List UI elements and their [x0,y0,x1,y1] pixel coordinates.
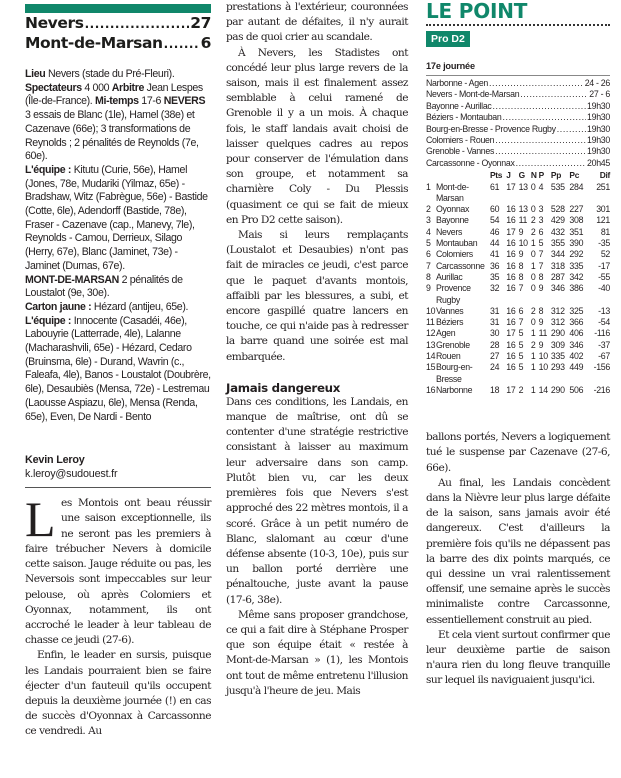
halftime-label: Mi-temps [95,95,139,107]
standings-cell-pts: 18 [490,385,506,396]
standings-cell-n: 1 [531,385,539,396]
standings-cell-j: 16 [506,272,518,283]
standings-cell-pts: 41 [490,249,506,260]
fixture-result: 19h30 [587,146,610,157]
standings-row: 14Rouen27165110335402-67 [426,351,610,362]
standings-row: 5Montauban44161015355390-35 [426,238,610,249]
standings-cell-g: 9 [519,249,531,260]
standings-table: Pts J G N P Pp Pc Dif 1Mont-de-Marsan611… [426,170,610,396]
standings-cell-j: 17 [506,328,518,339]
standings-cell-n: 0 [531,317,539,328]
match-details: Lieu Nevers (stade du Pré-Fleuri). Spect… [25,68,211,424]
standings-cell-dif: -37 [588,340,610,351]
standings-cell-team: Grenoble [436,340,490,351]
scoreboard: Nevers 27 Mont-de-Marsan 6 [25,14,211,54]
standings-cell-pts: 61 [490,182,506,205]
standings-cell-team: Mont-de-Marsan [436,182,490,205]
fixture-result: 27 - 6 [589,89,610,100]
standings-cell-dif: -13 [588,306,610,317]
standings-cell-j: 16 [506,317,518,328]
standings-cell-dif: -116 [588,328,610,339]
standings-cell-p: 9 [539,317,551,328]
standings-cell-j: 16 [506,204,518,215]
standings-row: 11Béziers3116709312366-54 [426,317,610,328]
fixture-teams: Bayonne - Aurillac [426,101,492,112]
standings-cell-team: Bayonne [436,215,490,226]
standings-cell-n: 0 [531,283,539,306]
standings-cell-pc: 390 [569,238,587,249]
fixture-row: Bourg-en-Bresse - Provence Rugby19h30 [426,124,610,135]
fixture-teams: Carcassonne - Oyonnax [426,158,515,169]
drop-cap: L [25,499,55,541]
fixture-teams: Nevers - Mont-de-Marsan [426,89,519,100]
home-lineup: Kitutu (Curie, 56e), Hamel (Jones, 78e, … [25,164,208,272]
col-j: J [506,170,518,181]
referee-label: Arbitre [112,82,144,94]
byline: Kevin Leroy k.leroy@sudouest.fr [25,454,211,488]
venue-value: Nevers (stade du Pré-Fleuri). [48,68,174,80]
round-heading: 17e journée [426,61,610,72]
standings-cell-pc: 342 [569,272,587,283]
away-lineup-label: L'équipe : [25,315,71,327]
standings-cell-n: 0 [531,272,539,283]
standings-cell-p: 6 [539,227,551,238]
fixture-result: 19h30 [587,135,610,146]
yellow-card-label: Carton jaune : [25,301,91,313]
fixture-row: Colomiers - Rouen19h30 [426,135,610,146]
standings-cell-pc: 366 [569,317,587,328]
col-pc: Pc [569,170,587,181]
article-subheading: Jamais dangereux [226,381,408,395]
standings-cell-p: 11 [539,328,551,339]
standings-cell-n: 1 [531,261,539,272]
accent-bar [25,4,211,13]
standings-cell-pp: 344 [551,249,569,260]
standings-cell-g: 5 [519,340,531,351]
standings-cell-rank: 5 [426,238,436,249]
standings-cell-g: 5 [519,362,531,385]
standings-cell-pp: 309 [551,340,569,351]
standings-row: 6Colomiers411690734429252 [426,249,610,260]
article-paragraph: À Nevers, les Stadistes ont concédé leur… [226,46,408,228]
standings-cell-dif: -54 [588,317,610,328]
standings-row: 3Bayonne54161123429308121 [426,215,610,226]
fixture-row: Béziers - Montauban19h30 [426,112,610,123]
standings-row: 8Aurillac3516808287342-55 [426,272,610,283]
standings-cell-p: 7 [539,249,551,260]
standings-cell-g: 13 [519,182,531,205]
standings-cell-p: 8 [539,272,551,283]
col-dif: Dif [588,170,610,181]
standings-cell-dif: -67 [588,351,610,362]
standings-row: 1Mont-de-Marsan61171304535284251 [426,182,610,205]
dot-leader [164,35,200,54]
standings-cell-team: Aurillac [436,272,490,283]
standings-cell-pc: 506 [569,385,587,396]
standings-cell-g: 2 [519,385,531,396]
standings-cell-g: 10 [519,238,531,249]
standings-cell-rank: 10 [426,306,436,317]
standings-cell-n: 1 [531,351,539,362]
score-away: Mont-de-Marsan 6 [25,34,211,54]
fixture-teams: Béziers - Montauban [426,112,501,123]
dot-leader [85,15,190,34]
standings-cell-g: 5 [519,351,531,362]
standings-cell-team: Bourg-en-Bresse [436,362,490,385]
col-pp: Pp [551,170,569,181]
standings-cell-dif: 81 [588,227,610,238]
standings-cell-pc: 351 [569,227,587,238]
score-home: Nevers 27 [25,14,211,34]
standings-cell-pc: 284 [569,182,587,205]
standings-cell-pc: 449 [569,362,587,385]
standings-cell-g: 7 [519,283,531,306]
home-lineup-line: L'équipe : Kitutu (Curie, 56e), Hamel (J… [25,164,211,274]
standings-cell-pp: 290 [551,385,569,396]
away-lineup: Innocente (Casadéi, 46e), Labouyrie (Lat… [25,315,211,423]
standings-cell-p: 5 [539,238,551,249]
standings-cell-n: 2 [531,340,539,351]
dot-leader [557,124,586,135]
standings-row: 13Grenoble2816529309346-37 [426,340,610,351]
standings-cell-pts: 24 [490,362,506,385]
home-team-name: Nevers [25,14,84,33]
standings-row: 16Narbonne18172114290506-216 [426,385,610,396]
col-pts: Pts [490,170,506,181]
standings-cell-rank: 2 [426,204,436,215]
author-email[interactable]: k.leroy@sudouest.fr [25,468,211,482]
spectators-label: Spectateurs [25,82,82,94]
standings-cell-n: 2 [531,227,539,238]
standings-cell-pp: 335 [551,351,569,362]
le-point-column: LE POINT Pro D2 17e journée Narbonne - A… [426,0,610,689]
col-g: G [519,170,531,181]
standings-cell-dif: -40 [588,283,610,306]
standings-cell-dif: 251 [588,182,610,205]
standings-cell-g: 8 [519,261,531,272]
standings-cell-rank: 7 [426,261,436,272]
fixture-teams: Colomiers - Rouen [426,135,494,146]
away-team-label: MONT-DE-MARSAN [25,274,119,286]
standings-cell-j: 16 [506,306,518,317]
standings-cell-j: 17 [506,182,518,205]
standings-cell-g: 13 [519,204,531,215]
standings-header: Pts J G N P Pp Pc Dif [426,170,610,181]
standings-cell-team: Provence Rugby [436,283,490,306]
standings-cell-team: Narbonne [436,385,490,396]
article-paragraph: Et cela vient surtout confirmer que leur… [426,628,610,689]
dot-leader [489,78,584,89]
fixture-result: 24 - 26 [585,78,610,89]
standings-cell-pts: 46 [490,227,506,238]
dot-leader [502,112,586,123]
standings-cell-dif: -55 [588,272,610,283]
fixture-row: Nevers - Mont-de-Marsan27 - 6 [426,89,610,100]
standings-cell-team: Montauban [436,238,490,249]
standings-cell-n: 0 [531,249,539,260]
home-scoring: 3 essais de Blanc (1le), Hamel (38e) et … [25,109,199,162]
standings-cell-j: 16 [506,261,518,272]
standings-cell-dif: -35 [588,238,610,249]
divider [426,75,610,76]
standings-cell-rank: 9 [426,283,436,306]
standings-cell-pts: 31 [490,306,506,317]
halftime-value: 17-6 [141,95,161,107]
standings-cell-pp: 535 [551,182,569,205]
standings-cell-j: 16 [506,238,518,249]
standings-cell-pc: 346 [569,340,587,351]
standings-cell-pts: 44 [490,238,506,249]
standings-cell-pp: 318 [551,261,569,272]
fixture-teams: Grenoble - Vannes [426,146,494,157]
standings-cell-p: 9 [539,340,551,351]
fixture-row: Narbonne - Agen24 - 26 [426,78,610,89]
le-point-title: LE POINT [426,2,610,21]
article-paragraph: Au final, les Landais concèdent dans la … [426,476,610,628]
standings-cell-rank: 15 [426,362,436,385]
standings-cell-team: Béziers [436,317,490,328]
standings-cell-pc: 308 [569,215,587,226]
fixture-row: Bayonne - Aurillac19h30 [426,101,610,112]
standings-cell-dif: 121 [588,215,610,226]
standings-cell-j: 16 [506,340,518,351]
article-lead: L es Montois ont beau réussir une saison… [25,496,211,739]
standings-cell-rank: 3 [426,215,436,226]
standings-cell-rank: 12 [426,328,436,339]
home-team-score: 27 [190,14,211,33]
venue-line: Lieu Nevers (stade du Pré-Fleuri). [25,68,211,82]
standings-cell-team: Rouen [436,351,490,362]
yellow-card-value: Hézard (antijeu, 65e). [94,301,188,313]
away-scoring-line: MONT-DE-MARSAN 2 pénalités de Loustalot … [25,274,211,301]
col-n: N [531,170,539,181]
dot-leader [495,146,586,157]
standings-cell-rank: 8 [426,272,436,283]
standings-cell-pp: 355 [551,238,569,249]
standings-cell-g: 7 [519,317,531,328]
away-team-name: Mont-de-Marsan [25,34,163,53]
article-paragraph: Dans ces conditions, les Landais, en man… [226,395,408,608]
yellow-card-line: Carton jaune : Hézard (antijeu, 65e). [25,301,211,315]
standings-cell-pts: 54 [490,215,506,226]
standings-cell-j: 16 [506,215,518,226]
standings-cell-pc: 406 [569,328,587,339]
dot-leader [495,135,586,146]
standings-cell-dif: -156 [588,362,610,385]
standings-row: 2Oyonnax60161303528227301 [426,204,610,215]
standings-cell-dif: -216 [588,385,610,396]
standings-cell-n: 0 [531,204,539,215]
fixture-result: 19h30 [587,101,610,112]
venue-label: Lieu [25,68,45,80]
standings-cell-p: 14 [539,385,551,396]
standings-cell-g: 6 [519,306,531,317]
dotted-divider [426,24,610,26]
competition-badge: Pro D2 [426,31,470,47]
fixture-result: 20h45 [587,158,610,169]
divider [25,487,211,488]
standings-cell-pp: 287 [551,272,569,283]
attendance-line: Spectateurs 4 000 Arbitre Jean Lespes (Î… [25,82,211,164]
standings-cell-team: Nevers [436,227,490,238]
standings-cell-dif: -17 [588,261,610,272]
standings-cell-j: 16 [506,249,518,260]
standings-cell-pp: 429 [551,215,569,226]
standings-cell-pc: 386 [569,283,587,306]
standings-cell-team: Colomiers [436,249,490,260]
article-paragraph: Enfin, le leader en sursis, puisque les … [25,648,211,739]
standings-cell-rank: 16 [426,385,436,396]
standings-cell-pts: 60 [490,204,506,215]
standings-cell-n: 1 [531,362,539,385]
standings-cell-pp: 432 [551,227,569,238]
fixtures-list: Narbonne - Agen24 - 26 Nevers - Mont-de-… [426,78,610,169]
col-p: P [539,170,551,181]
standings-cell-j: 16 [506,283,518,306]
standings-row: 12Agen30175111290406-116 [426,328,610,339]
standings-cell-pp: 312 [551,306,569,317]
standings-cell-pts: 27 [490,351,506,362]
standings-cell-j: 16 [506,351,518,362]
standings-cell-pp: 528 [551,204,569,215]
home-team-label: NEVERS [164,95,205,107]
standings-cell-g: 11 [519,215,531,226]
fixture-teams: Narbonne - Agen [426,78,488,89]
standings-row: 9Provence Rugby3216709346386-40 [426,283,610,306]
standings-cell-rank: 4 [426,227,436,238]
standings-cell-pc: 227 [569,204,587,215]
standings-cell-pc: 335 [569,261,587,272]
fixture-result: 19h30 [587,112,610,123]
standings-cell-pts: 35 [490,272,506,283]
standings-cell-p: 7 [539,261,551,272]
standings-cell-pts: 30 [490,328,506,339]
standings-cell-g: 9 [519,227,531,238]
standings-row: 7Carcassonne3616817318335-17 [426,261,610,272]
standings-cell-p: 3 [539,215,551,226]
standings-cell-p: 3 [539,204,551,215]
standings-cell-pp: 346 [551,283,569,306]
standings-cell-pp: 312 [551,317,569,328]
standings-row: 10Vannes3116628312325-13 [426,306,610,317]
dot-leader [493,101,587,112]
standings-cell-dif: 52 [588,249,610,260]
article-column-3: ballons portés, Nevers a logiquement tué… [426,430,610,688]
standings-cell-pts: 36 [490,261,506,272]
standings-cell-team: Carcassonne [436,261,490,272]
standings-cell-rank: 11 [426,317,436,328]
standings-cell-team: Oyonnax [436,204,490,215]
article-paragraph: ballons portés, Nevers a logiquement tué… [426,430,610,476]
standings-cell-rank: 1 [426,182,436,205]
standings-cell-g: 8 [519,272,531,283]
standings-cell-team: Vannes [436,306,490,317]
standings-cell-j: 17 [506,385,518,396]
fixture-result: 19h30 [587,124,610,135]
standings-cell-j: 17 [506,227,518,238]
standings-cell-pc: 402 [569,351,587,362]
standings-cell-pc: 325 [569,306,587,317]
standings-cell-pp: 293 [551,362,569,385]
home-lineup-label: L'équipe : [25,164,71,176]
standings-cell-rank: 14 [426,351,436,362]
col-rank [426,170,436,181]
standings-row: 4Nevers461792643235181 [426,227,610,238]
standings-cell-j: 16 [506,362,518,385]
standings-cell-p: 10 [539,362,551,385]
fixture-row: Carcassonne - Oyonnax20h45 [426,158,610,169]
standings-cell-p: 8 [539,306,551,317]
standings-cell-n: 2 [531,306,539,317]
dot-leader [520,89,588,100]
standings-cell-pc: 292 [569,249,587,260]
author-name: Kevin Leroy [25,454,211,468]
match-sheet-column: Nevers 27 Mont-de-Marsan 6 Lieu Nevers (… [25,0,211,740]
standings-cell-pts: 31 [490,317,506,328]
standings-cell-n: 1 [531,328,539,339]
col-team [436,170,490,181]
standings-cell-pp: 290 [551,328,569,339]
spectators-value: 4 000 [84,82,109,94]
standings-cell-dif: 301 [588,204,610,215]
standings-cell-rank: 6 [426,249,436,260]
away-team-score: 6 [201,34,211,53]
standings-cell-n: 2 [531,215,539,226]
standings-cell-rank: 13 [426,340,436,351]
standings-cell-n: 0 [531,182,539,205]
standings-row: 15Bourg-en-Bresse24165110293449-156 [426,362,610,385]
article-paragraph: prestations à l'extérieur, couronnées pa… [226,0,408,46]
standings-cell-pts: 28 [490,340,506,351]
fixture-teams: Bourg-en-Bresse - Provence Rugby [426,124,556,135]
dot-leader [516,158,586,169]
article-paragraph: Même sans proposer grandchose, ce qui a … [226,608,408,699]
standings-cell-team: Agen [436,328,490,339]
standings-cell-p: 9 [539,283,551,306]
standings-cell-n: 1 [531,238,539,249]
standings-cell-p: 10 [539,351,551,362]
article-column-2: prestations à l'extérieur, couronnées pa… [226,0,408,699]
fixture-row: Grenoble - Vannes19h30 [426,146,610,157]
standings-cell-p: 4 [539,182,551,205]
away-lineup-line: L'équipe : Innocente (Casadéi, 46e), Lab… [25,315,211,425]
standings-cell-g: 5 [519,328,531,339]
article-paragraph: Mais si leurs remplaçants (Loustalot et … [226,228,408,365]
standings-cell-pts: 32 [490,283,506,306]
